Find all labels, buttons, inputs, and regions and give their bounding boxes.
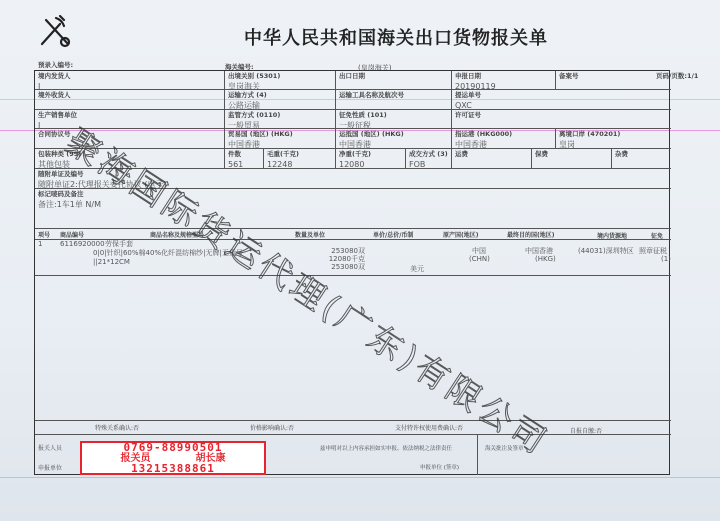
declarant-stamp: 0769-88990501 报关员胡长康 13215388861 [80, 441, 266, 475]
field-export-date: 出口日期 [336, 71, 452, 90]
divider [35, 434, 671, 435]
field-dest-country: 运抵国 (地区) (HKG)中国香港 [336, 129, 452, 149]
field-vehicle-name: 运输工具名称及航次号 [336, 90, 452, 110]
field-freight: 运费 [452, 149, 532, 169]
divider [477, 434, 478, 475]
field-gross-weight: 毛重(千克)12248 [264, 149, 336, 169]
preentry-no-label: 预录入编号: [38, 60, 73, 69]
field-tax-nature: 征免性质 (101)一般征税 [336, 110, 452, 129]
divider [35, 420, 671, 421]
field-trade-country: 贸易国 (地区) (HKG)中国香港 [225, 129, 336, 149]
field-pieces: 件数561 [225, 149, 264, 169]
field-domestic-shipper: 境内发货人I [35, 71, 225, 90]
field-transport-mode: 运输方式 (4)公路运输 [225, 90, 336, 110]
scan-artifact-line [0, 477, 720, 478]
field-overseas-consignee: 境外收货人 [35, 90, 225, 110]
royalty-confirm: 支付特许权使用费确认:否 [395, 423, 463, 432]
field-insurance: 保费 [532, 149, 612, 169]
special-relation-confirm: 特殊关系确认:否 [95, 423, 139, 432]
declaration-table: 境内发货人I 出境关别 (5301)皇岗海关 出口日期 申报日期20190119… [34, 70, 670, 475]
field-record-no: 备案号 [556, 71, 671, 90]
declarant-label: 报关人员 [38, 443, 62, 452]
field-transaction-mode: 成交方式 (3)FOB [406, 149, 452, 169]
price-influence-confirm: 价格影响确认:否 [250, 423, 294, 432]
field-supervision-mode: 监管方式 (0110)一般贸易 [225, 110, 336, 129]
field-license-no: 许可证号 [452, 110, 671, 129]
table-row: 1 6116920000 劳保手套 0|0|针织|60%棉40%化纤混纺棉纱|无… [35, 239, 671, 276]
field-misc-fee: 杂费 [612, 149, 671, 169]
declaration-statement: 兹申明对以上内容承担如实申报、依法纳税之法律责任 [320, 444, 452, 452]
field-exit-port: 离境口岸 (470201)皇岗 [556, 129, 671, 149]
field-bill-no: 提运单号QXC [452, 90, 671, 110]
customs-declaration-form: 中华人民共和国海关出口货物报关单 预录入编号: 海关编号: (皇岗海关) 页码/… [0, 0, 720, 521]
field-producer: 生产销售单位I [35, 110, 225, 129]
declaring-unit-label: 申报单位 [38, 463, 62, 472]
field-exit-customs: 出境关别 (5301)皇岗海关 [225, 71, 336, 90]
field-declare-date: 申报日期20190119 [452, 71, 556, 90]
customs-emblem-icon [38, 14, 74, 50]
seal-label: 申报单位 (签章) [420, 463, 459, 471]
field-port-of-arrival: 指运港 (HKG000)中国香港 [452, 129, 556, 149]
field-net-weight: 净重(千克)12080 [336, 149, 406, 169]
page-title: 中华人民共和国海关出口货物报关单 [244, 24, 548, 50]
